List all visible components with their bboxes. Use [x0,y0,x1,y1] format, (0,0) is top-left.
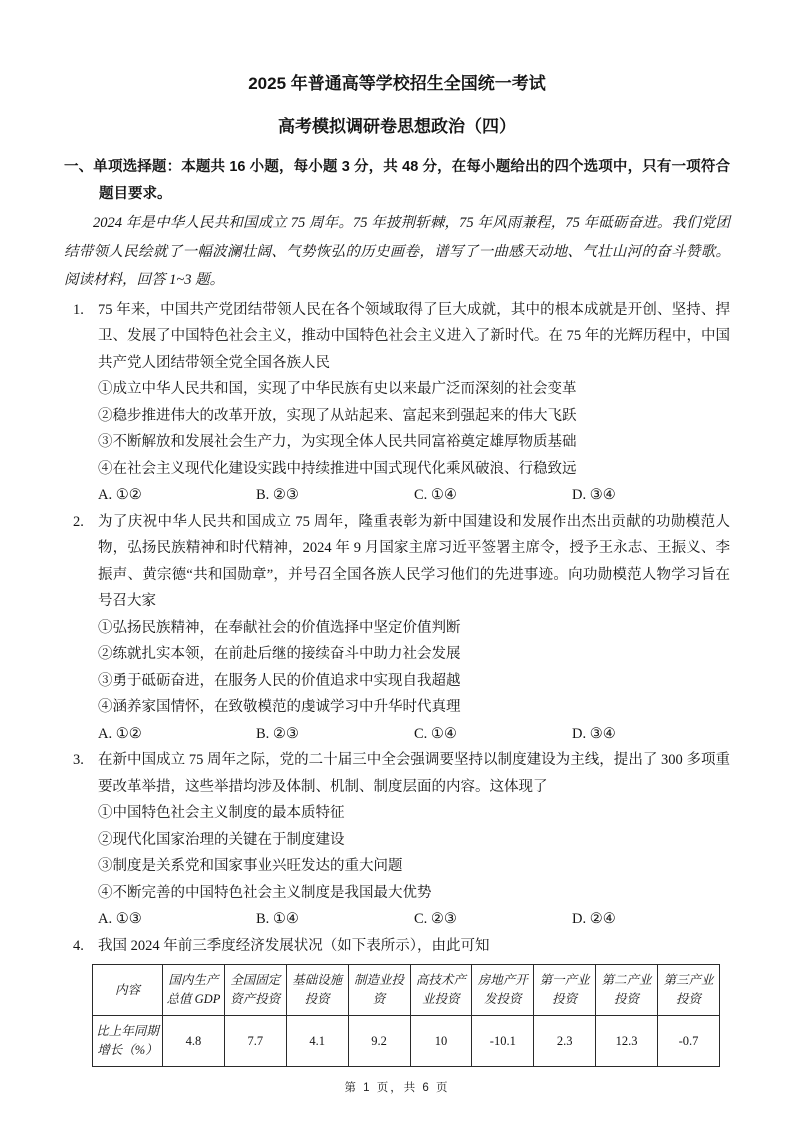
question-1-option-b: B. ②③ [256,482,414,509]
question-2-body: 为了庆祝中华人民共和国成立 75 周年，隆重表彰为新中国建设和发展作出杰出贡献的… [98,509,730,748]
question-2: 2. 为了庆祝中华人民共和国成立 75 周年，隆重表彰为新中国建设和发展作出杰出… [64,509,730,748]
question-2-option-c: C. ①④ [414,721,572,748]
question-1-option-a: A. ①② [98,482,256,509]
intro-paragraph: 2024 年是中华人民共和国成立 75 周年。75 年披荆斩棘，75 年风雨兼程… [64,209,730,295]
table-header-cell: 全国固定资产投资 [224,965,286,1016]
question-1-stem: 75 年来，中国共产党团结带领人民在各个领域取得了巨大成就，其中的根本成就是开创… [98,297,730,377]
exam-title-line2: 高考模拟调研卷思想政治（四） [64,115,730,139]
question-1-statement-2: ②稳步推进伟大的改革开放，实现了从站起来、富起来到强起来的伟大飞跃 [98,403,730,430]
table-value-cell: -0.7 [658,1016,720,1067]
question-3-option-d: D. ②④ [572,906,730,933]
question-4-stem: 我国 2024 年前三季度经济发展状况（如下表所示），由此可知 [98,933,730,960]
question-3-options: A. ①③ B. ①④ C. ②③ D. ②④ [98,906,730,933]
page-number-text: 第 1 页，共 6 页 [344,1082,449,1094]
table-data-row: 比上年同期增长（%） 4.8 7.7 4.1 9.2 10 -10.1 2.3 … [93,1016,720,1067]
question-2-statement-2: ②练就扎实本领，在前赴后继的接续奋斗中助力社会发展 [98,641,730,668]
question-3-option-b: B. ①④ [256,906,414,933]
question-3-statement-1: ①中国特色社会主义制度的最本质特征 [98,800,730,827]
question-3-option-a: A. ①③ [98,906,256,933]
table-value-cell: 9.2 [348,1016,410,1067]
question-3-stem: 在新中国成立 75 周年之际，党的二十届三中全会强调要坚持以制度建设为主线，提出… [98,747,730,800]
question-2-option-d: D. ③④ [572,721,730,748]
question-3-number: 3. [64,747,98,933]
question-1-option-d: D. ③④ [572,482,730,509]
table-value-cell: 12.3 [596,1016,658,1067]
question-1-body: 75 年来，中国共产党团结带领人民在各个领域取得了巨大成就，其中的根本成就是开创… [98,297,730,509]
question-1-option-c: C. ①④ [414,482,572,509]
question-1-statement-3: ③不断解放和发展社会生产力，为实现全体人民共同富裕奠定雄厚物质基础 [98,429,730,456]
table-value-cell: 7.7 [224,1016,286,1067]
question-2-statement-4: ④涵养家国情怀，在致敬模范的虔诚学习中升华时代真理 [98,694,730,721]
table-value-cell: 4.1 [286,1016,348,1067]
table-value-cell: 2.3 [534,1016,596,1067]
section-one-heading: 一、单项选择题：本题共 16 小题，每小题 3 分，共 48 分，在每小题给出的… [64,154,730,208]
question-1-options: A. ①② B. ②③ C. ①④ D. ③④ [98,482,730,509]
table-header-cell: 房地产开发投资 [472,965,534,1016]
exam-title-line1: 2025 年普通高等学校招生全国统一考试 [64,72,730,96]
question-3-option-c: C. ②③ [414,906,572,933]
table-row-label: 比上年同期增长（%） [93,1016,163,1067]
question-3-body: 在新中国成立 75 周年之际，党的二十届三中全会强调要坚持以制度建设为主线，提出… [98,747,730,933]
page-footer: 第 1 页，共 6 页 [0,1079,794,1095]
question-4-body: 我国 2024 年前三季度经济发展状况（如下表所示），由此可知 内容 国内生产总… [98,933,730,1068]
question-2-statement-1: ①弘扬民族精神，在奉献社会的价值选择中坚定价值判断 [98,615,730,642]
question-2-number: 2. [64,509,98,748]
economic-data-table: 内容 国内生产总值 GDP 全国固定资产投资 基础设施投资 制造业投资 高技术产… [92,964,720,1067]
question-3: 3. 在新中国成立 75 周年之际，党的二十届三中全会强调要坚持以制度建设为主线… [64,747,730,933]
table-header-cell: 第三产业投资 [658,965,720,1016]
question-2-stem: 为了庆祝中华人民共和国成立 75 周年，隆重表彰为新中国建设和发展作出杰出贡献的… [98,509,730,615]
question-2-option-a: A. ①② [98,721,256,748]
table-value-cell: 4.8 [163,1016,225,1067]
question-3-statement-3: ③制度是关系党和国家事业兴旺发达的重大问题 [98,853,730,880]
question-3-statement-2: ②现代化国家治理的关键在于制度建设 [98,827,730,854]
exam-page: 2025 年普通高等学校招生全国统一考试 高考模拟调研卷思想政治（四） 一、单项… [0,0,794,1122]
table-header-row: 内容 国内生产总值 GDP 全国固定资产投资 基础设施投资 制造业投资 高技术产… [93,965,720,1016]
question-2-options: A. ①② B. ②③ C. ①④ D. ③④ [98,721,730,748]
question-1: 1. 75 年来，中国共产党团结带领人民在各个领域取得了巨大成就，其中的根本成就… [64,297,730,509]
table-value-cell: 10 [410,1016,472,1067]
question-3-statement-4: ④不断完善的中国特色社会主义制度是我国最大优势 [98,880,730,907]
table-header-cell: 第二产业投资 [596,965,658,1016]
question-4: 4. 我国 2024 年前三季度经济发展状况（如下表所示），由此可知 内容 国内… [64,933,730,1068]
question-2-option-b: B. ②③ [256,721,414,748]
table-header-cell: 高技术产业投资 [410,965,472,1016]
table-value-cell: -10.1 [472,1016,534,1067]
table-header-cell: 制造业投资 [348,965,410,1016]
table-header-cell: 内容 [93,965,163,1016]
table-header-cell: 基础设施投资 [286,965,348,1016]
question-2-statement-3: ③勇于砥砺奋进，在服务人民的价值追求中实现自我超越 [98,668,730,695]
question-1-statement-1: ①成立中华人民共和国，实现了中华民族有史以来最广泛而深刻的社会变革 [98,376,730,403]
table-header-cell: 第一产业投资 [534,965,596,1016]
question-1-number: 1. [64,297,98,509]
table-header-cell: 国内生产总值 GDP [163,965,225,1016]
question-1-statement-4: ④在社会主义现代化建设实践中持续推进中国式现代化乘风破浪、行稳致远 [98,456,730,483]
